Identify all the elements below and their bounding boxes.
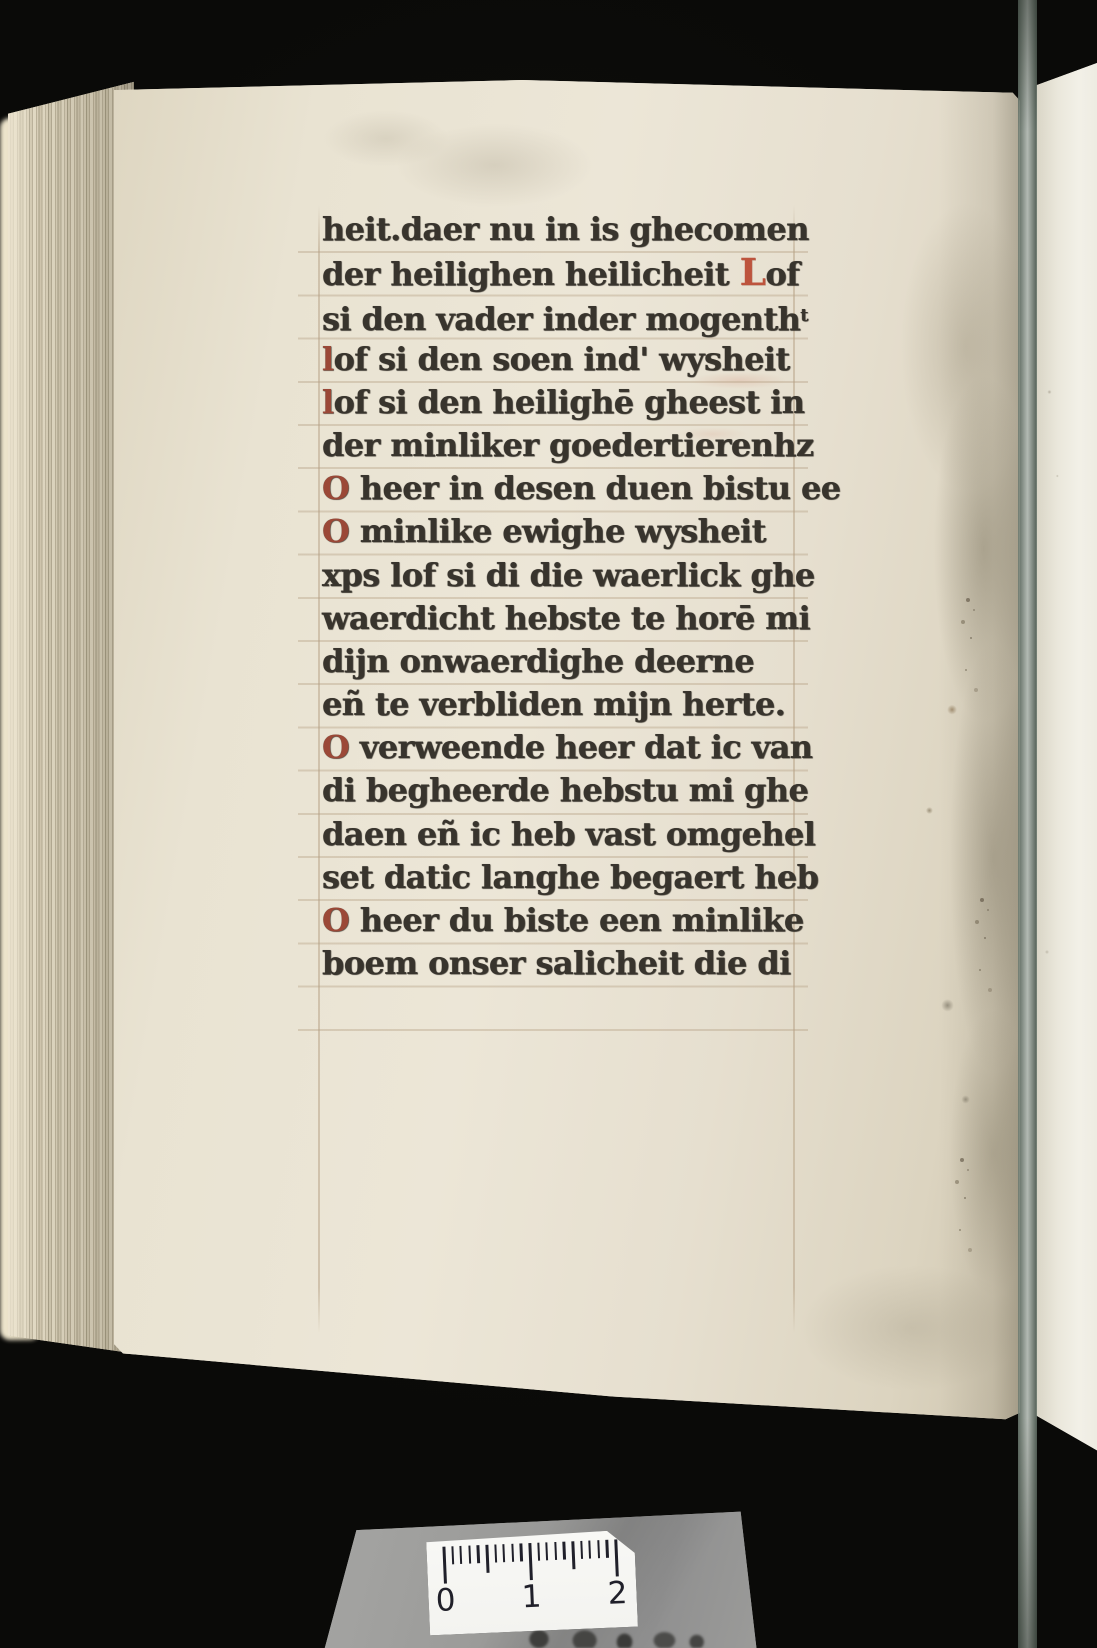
glass-plate-edge	[1018, 0, 1037, 1648]
text-segment: set datic langhe begaert heb	[322, 858, 818, 896]
text-line: dijn onwaerdighe deerne	[322, 640, 808, 683]
text-segment: verweende heer dat ic van	[349, 728, 812, 766]
ruler-tick	[546, 1542, 549, 1560]
text-segment: dijn onwaerdighe deerne	[322, 642, 754, 680]
text-line: si den vader inder mogentht	[322, 294, 808, 337]
text-line: O heer du biste een minlike	[322, 899, 808, 942]
text-segment: boem onser salicheit die di	[322, 944, 791, 982]
ruler-tick	[563, 1542, 566, 1560]
text-line: daen eñ ic heb vast omgehel	[322, 813, 808, 856]
text-segment: der minliker goedertierenhz	[322, 426, 814, 464]
ruler-number: 0	[435, 1582, 456, 1619]
text-line: O minlike ewighe wysheit	[322, 510, 808, 553]
ruler-tick	[554, 1542, 557, 1560]
text-segment: daen eñ ic heb vast omgehel	[322, 815, 815, 853]
stain-speckles	[980, 898, 984, 902]
text-segment: heit.daer nu in is ghecomen	[322, 210, 809, 248]
cm-ruler: 012	[426, 1530, 638, 1636]
ruler-tick	[588, 1541, 591, 1559]
ruler-tick	[580, 1541, 583, 1559]
text-block: heit.daer nu in is ghecomender heilighen…	[322, 208, 808, 985]
text-line: der heilighen heilicheit Lof	[322, 251, 808, 294]
ruler-tick	[571, 1541, 575, 1569]
ruler-tick	[511, 1544, 514, 1562]
text-line: set datic langhe begaert heb	[322, 856, 808, 899]
ruler-tick	[503, 1544, 506, 1562]
text-segment: si den vader inder mogenth	[322, 300, 800, 338]
manuscript-page: heit.daer nu in is ghecomender heilighen…	[114, 78, 1020, 1422]
text-line: lof si den soen ind' wysheit	[322, 338, 808, 381]
ruler-tick	[614, 1539, 619, 1576]
text-segment: O	[322, 469, 349, 507]
ruler-tick	[597, 1540, 600, 1558]
text-segment: O	[322, 728, 349, 766]
text-segment: t	[800, 305, 808, 326]
text-segment: eñ te verbliden mijn herte.	[322, 685, 785, 723]
stain-speckles	[966, 598, 970, 602]
text-line: der minliker goedertierenhz	[322, 424, 808, 467]
ruler-tick	[451, 1546, 454, 1564]
ruler-tick	[477, 1545, 480, 1563]
text-line: heit.daer nu in is ghecomen	[322, 208, 808, 251]
text-segment: l	[322, 340, 334, 378]
stain-speckles	[960, 1158, 964, 1162]
ruler-tick	[520, 1543, 523, 1561]
ruler-tick	[468, 1546, 471, 1564]
text-segment: O	[322, 512, 349, 550]
text-segment: of	[765, 255, 799, 293]
text-line: eñ te verbliden mijn herte.	[322, 683, 808, 726]
text-line: boem onser salicheit die di	[322, 942, 808, 985]
ruler-number: 1	[521, 1579, 542, 1616]
text-segment: minlike ewighe wysheit	[349, 512, 766, 550]
ruler-tick	[485, 1545, 489, 1573]
ruler-tick	[606, 1540, 609, 1558]
text-line: di begheerde hebstu mi ghe	[322, 769, 808, 812]
text-line: O heer in desen duen bistu ee	[322, 467, 808, 510]
rubric-initial: L	[740, 250, 766, 294]
text-segment: of si den soen ind' wysheit	[334, 340, 790, 378]
text-segment: O	[322, 901, 349, 939]
ruler-tick	[460, 1546, 463, 1564]
text-segment: l	[322, 383, 334, 421]
ruler-tick	[494, 1544, 497, 1562]
text-segment: waerdicht hebste te horē mi	[322, 599, 810, 637]
text-segment: heer du biste een minlike	[349, 901, 803, 939]
text-line: O verweende heer dat ic van	[322, 726, 808, 769]
text-segment: der heilighen heilicheit	[322, 255, 740, 293]
facing-page-sliver	[1036, 56, 1097, 1456]
text-segment: of si den heilighē gheest in	[334, 383, 805, 421]
text-line: xps lof si di die waerlick ghe	[322, 554, 808, 597]
text-line: waerdicht hebste te horē mi	[322, 597, 808, 640]
ruler-tick	[442, 1547, 447, 1584]
ruler-tick	[528, 1543, 533, 1580]
text-segment: di begheerde hebstu mi ghe	[322, 771, 808, 809]
ruler-number: 2	[607, 1575, 628, 1612]
ruler-tick	[537, 1543, 540, 1561]
text-line: lof si den heilighē gheest in	[322, 381, 808, 424]
text-segment: xps lof si di die waerlick ghe	[322, 556, 815, 594]
text-segment: heer in desen duen bistu ee	[349, 469, 840, 507]
